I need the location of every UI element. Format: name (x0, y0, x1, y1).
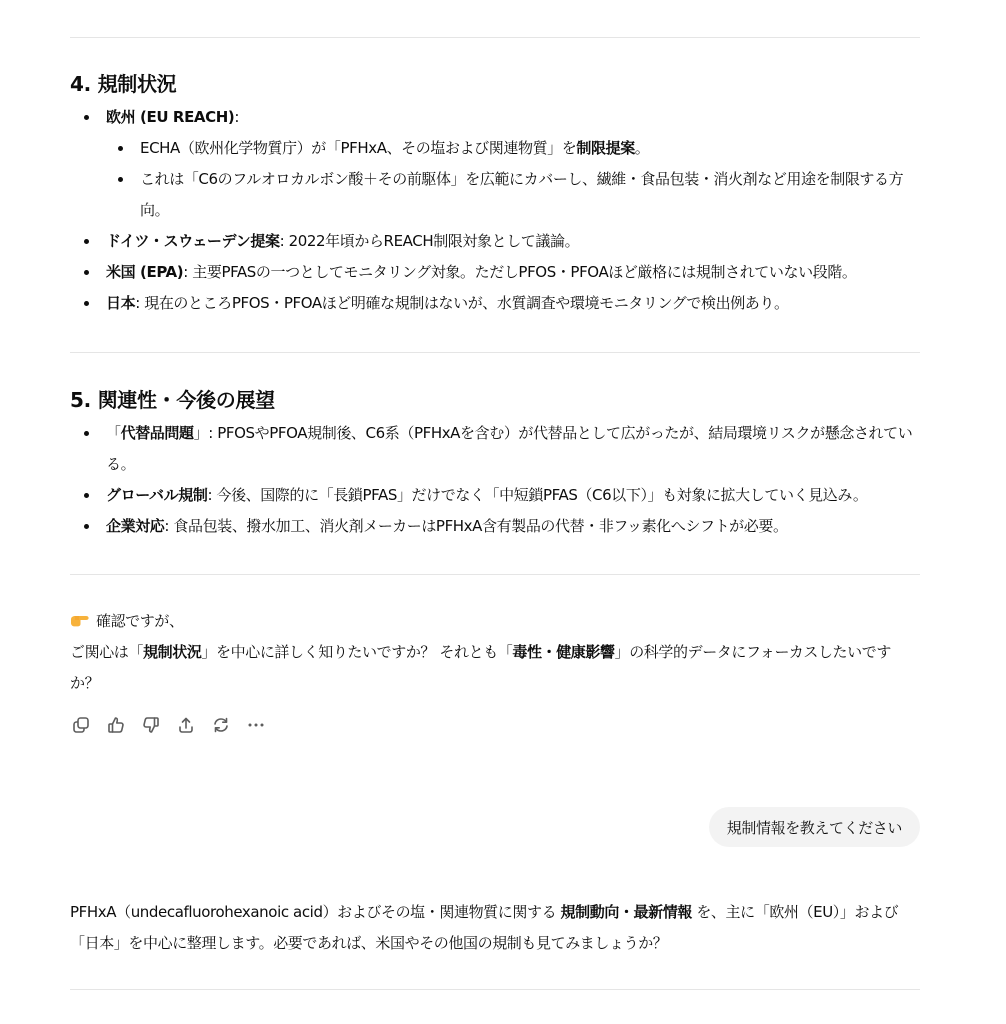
regenerate-button[interactable] (210, 714, 232, 736)
eu-label: 欧州 (EU REACH) (106, 108, 234, 126)
sublist-item-scope: これは「C6のフルオロカルボン酸＋その前駆体」を広範にカバーし、繊維・食品包装・… (106, 164, 920, 226)
section-5-heading: 5. 関連性・今後の展望 (70, 386, 920, 414)
reply-text: PFHxA（undecafluorohexanoic acid）およびその塩・関… (70, 897, 920, 959)
thumbs-up-icon (106, 715, 126, 735)
divider-2 (70, 574, 920, 575)
confirm-line: 確認ですが、 (70, 606, 920, 637)
list-item-us: 米国 (EPA): 主要PFASの一つとしてモニタリング対象。ただしPFOS・P… (70, 257, 920, 288)
confirmation-question: 確認ですが、 ご関心は「規制状況」を中心に詳しく知りたいですか？ それとも「毒性… (70, 606, 920, 699)
list-item-eu: 欧州 (EU REACH): ECHA（欧州化学物質庁）が「PFHxA、その塩お… (70, 102, 920, 226)
divider-bottom (70, 989, 920, 990)
assistant-reply: PFHxA（undecafluorohexanoic acid）およびその塩・関… (70, 897, 920, 959)
section-regulation-status: 4. 規制状況 欧州 (EU REACH): ECHA（欧州化学物質庁）が「PF… (70, 70, 920, 319)
thumbs-down-button[interactable] (140, 714, 162, 736)
list-item-japan: 日本: 現在のところPFOS・PFOAほど明確な規制はないが、水質調査や環境モニ… (70, 288, 920, 319)
more-options-button[interactable] (245, 714, 267, 736)
divider-1 (70, 352, 920, 353)
section-4-heading: 4. 規制状況 (70, 70, 920, 98)
section-outlook: 5. 関連性・今後の展望 「代替品問題」: PFOSやPFOA規制後、C6系（P… (70, 386, 920, 542)
regulation-list: 欧州 (EU REACH): ECHA（欧州化学物質庁）が「PFHxA、その塩お… (70, 102, 920, 319)
list-item-substitute: 「代替品問題」: PFOSやPFOA規制後、C6系（PFHxAを含む）が代替品と… (70, 418, 920, 480)
share-icon (176, 715, 196, 735)
list-item-germany-sweden: ドイツ・スウェーデン提案: 2022年頃からREACH制限対象として議論。 (70, 226, 920, 257)
thumbs-up-button[interactable] (105, 714, 127, 736)
list-item-corporate: 企業対応: 食品包装、撥水加工、消火剤メーカーはPFHxA含有製品の代替・非フッ… (70, 511, 920, 542)
regenerate-icon (211, 715, 231, 735)
outlook-list: 「代替品問題」: PFOSやPFOA規制後、C6系（PFHxAを含む）が代替品と… (70, 418, 920, 542)
user-message-bubble: 規制情報を教えてください (709, 807, 920, 847)
more-icon (246, 715, 266, 735)
list-item-global: グローバル規制: 今後、国際的に「長鎖PFAS」だけでなく「中短鎖PFAS（C6… (70, 480, 920, 511)
thumbs-down-icon (141, 715, 161, 735)
divider-top (70, 37, 920, 38)
copy-button[interactable] (70, 714, 92, 736)
message-action-bar (70, 714, 267, 736)
user-message-text: 規制情報を教えてください (727, 817, 902, 838)
copy-icon (71, 715, 91, 735)
confirm-question-text: ご関心は「規制状況」を中心に詳しく知りたいですか？ それとも「毒性・健康影響」の… (70, 637, 920, 699)
sublist-item-echa: ECHA（欧州化学物質庁）が「PFHxA、その塩および関連物質」を制限提案。 (106, 133, 920, 164)
eu-sublist: ECHA（欧州化学物質庁）が「PFHxA、その塩および関連物質」を制限提案。 こ… (70, 133, 920, 226)
pointing-right-icon (70, 607, 90, 621)
share-button[interactable] (175, 714, 197, 736)
